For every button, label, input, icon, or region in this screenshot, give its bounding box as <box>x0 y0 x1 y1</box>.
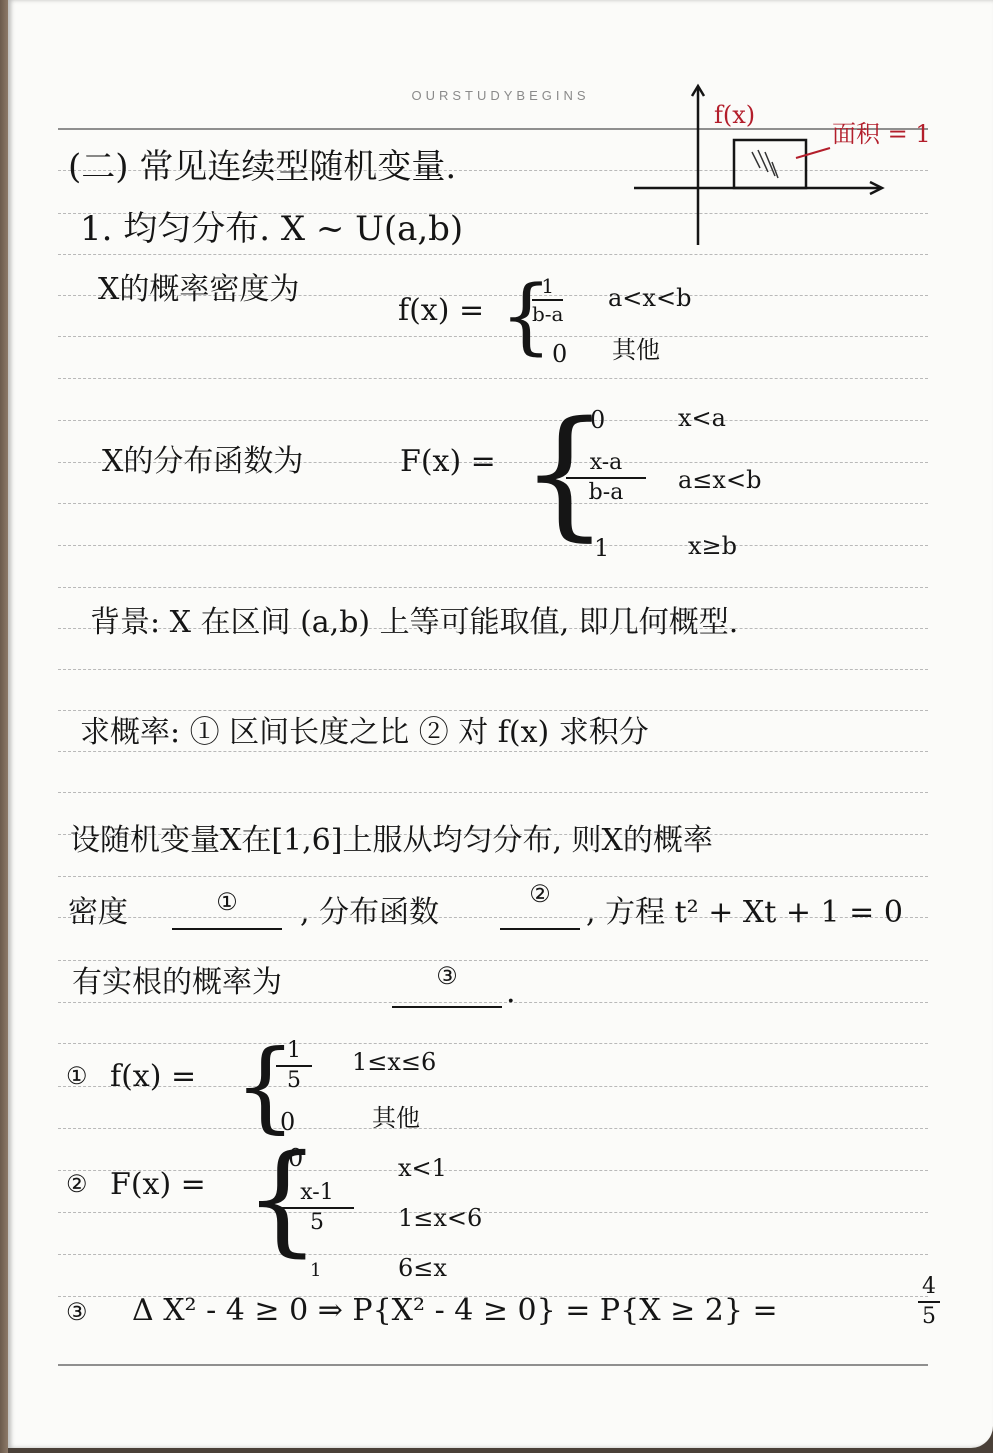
problem-line-2c: , 方程 t² + Xt + 1 = 0 <box>586 898 903 928</box>
answer-2-condition-1: x<1 <box>398 1156 447 1180</box>
answer-2-marker: ② <box>66 1172 88 1196</box>
answer-3-text: Δ X² - 4 ≥ 0 ⇒ P{X² - 4 ≥ 0} = P{X ≥ 2} … <box>132 1296 778 1326</box>
cdf-condition-2: a≤x<b <box>678 468 761 492</box>
diagram-area-annotation: 面积 = 1 <box>832 122 931 146</box>
answer-3-marker: ③ <box>66 1300 88 1324</box>
rule <box>58 792 928 793</box>
rule <box>58 669 928 670</box>
answer-2-condition-2: 1≤x<6 <box>398 1206 482 1230</box>
rule <box>58 1212 928 1213</box>
answer-blank-2: ② <box>500 880 580 930</box>
rule <box>58 876 928 877</box>
density-condition-1: a<x<b <box>608 286 691 310</box>
notebook-spine <box>0 0 8 1453</box>
problem-line-2a: 密度 <box>68 898 128 928</box>
density-lhs: f(x) = <box>398 296 484 326</box>
density-fraction: 1 b-a <box>532 276 563 324</box>
answer-2-value-3: 1 <box>310 1262 321 1280</box>
rule <box>58 1043 928 1044</box>
cdf-condition-3: x≥b <box>688 534 737 558</box>
rule <box>58 545 928 546</box>
answer-1-condition-2: 其他 <box>372 1106 420 1130</box>
rule <box>58 420 928 421</box>
answer-2-value-1: 0 <box>288 1146 303 1170</box>
note-background: 背景: X 在区间 (a,b) 上等可能取值, 即几何概型. <box>90 608 738 638</box>
answer-1-lhs: f(x) = <box>110 1062 196 1092</box>
rule-bottom <box>58 1364 928 1366</box>
section-heading: (二) 常见连续型随机变量. <box>68 150 456 184</box>
rule <box>58 378 928 379</box>
rule <box>58 336 928 337</box>
problem-line-1: 设随机变量X在[1,6]上服从均匀分布, 则X的概率 <box>70 826 713 856</box>
answer-2-fraction: x-1 5 <box>280 1182 354 1234</box>
answer-1-marker: ① <box>66 1064 88 1088</box>
problem-line-3-end: . <box>506 978 516 1008</box>
cdf-condition-1: x<a <box>678 406 726 430</box>
cdf-lhs: F(x) = <box>400 447 496 477</box>
answer-blank-3: ③ <box>392 962 502 1008</box>
rule <box>58 751 928 752</box>
rule <box>58 710 928 711</box>
answer-1-fraction: 1 5 <box>276 1040 312 1092</box>
cdf-label: X的分布函数为 <box>102 447 303 477</box>
cdf-value-1: 0 <box>590 408 605 432</box>
problem-line-3: 有实根的概率为 <box>72 968 282 998</box>
answer-blank-1: ① <box>172 888 282 930</box>
rule <box>58 1128 928 1129</box>
answer-2-condition-3: 6≤x <box>398 1256 447 1280</box>
rule <box>58 503 928 504</box>
note-probability: 求概率: ① 区间长度之比 ② 对 f(x) 求积分 <box>80 718 649 748</box>
rule <box>58 960 928 961</box>
cdf-value-3: 1 <box>594 536 609 560</box>
section-subheading: 1. 均匀分布. X ~ U(a,b) <box>80 212 463 246</box>
rule <box>58 1254 928 1255</box>
problem-line-2b: , 分布函数 <box>300 898 439 928</box>
rule <box>58 254 928 255</box>
diagram-y-label: f(x) <box>714 103 755 127</box>
answer-2-lhs: F(x) = <box>110 1170 206 1200</box>
density-value-2: 0 <box>552 342 567 366</box>
rule <box>58 587 928 588</box>
answer-1-condition-1: 1≤x≤6 <box>352 1050 436 1074</box>
density-condition-2: 其他 <box>612 338 660 362</box>
answer-3-result: 4 5 <box>918 1276 940 1328</box>
cdf-fraction: x-a b-a <box>566 452 646 504</box>
density-label: X的概率密度为 <box>98 275 299 305</box>
diagram-axes <box>620 80 940 250</box>
